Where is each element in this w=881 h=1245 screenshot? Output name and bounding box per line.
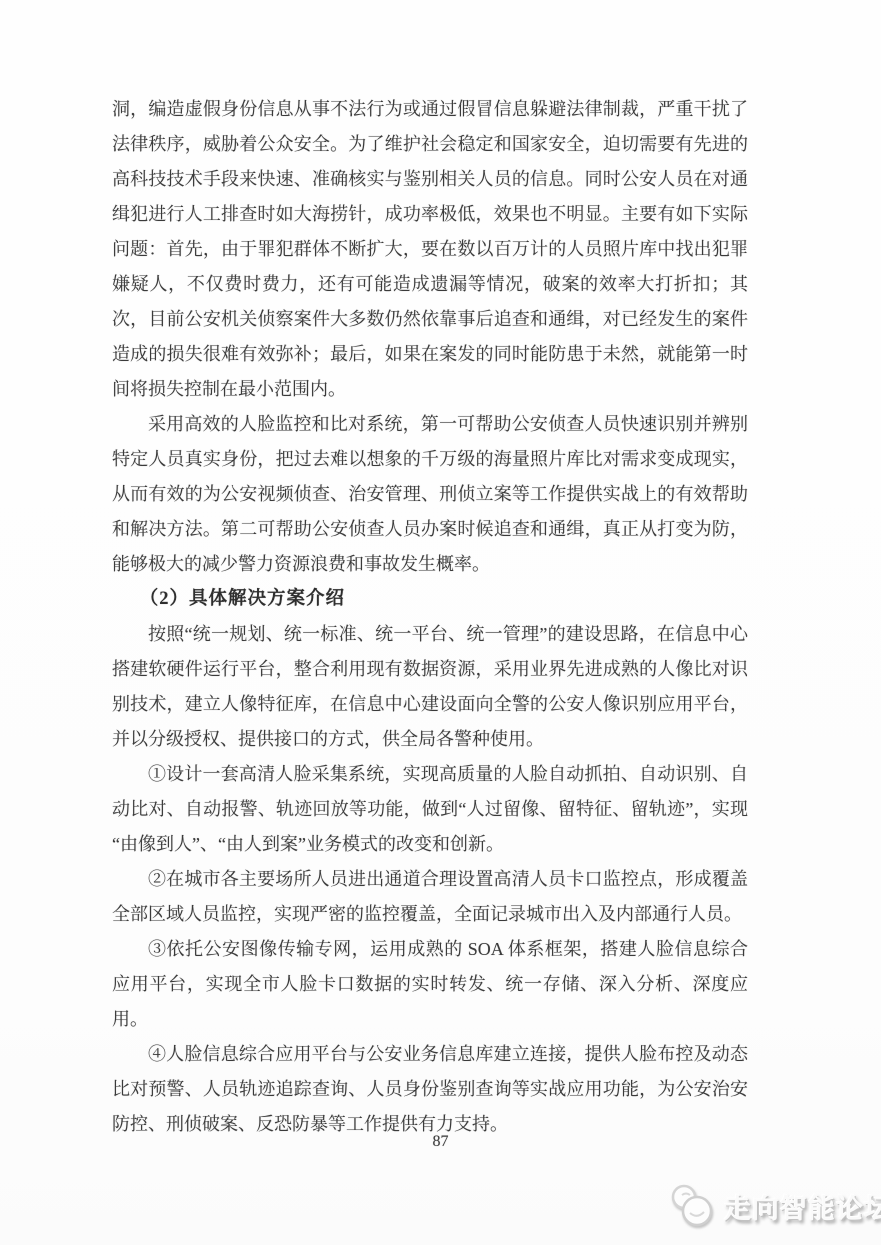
forum-logo-icon xyxy=(668,1182,718,1230)
watermark-text: 走向智能论坛 xyxy=(724,1187,881,1226)
numbered-item-2: ②在城市各主要场所人员进出通道合理设置高清人员卡口监控点，形成覆盖全部区域人员监… xyxy=(112,862,748,932)
paragraph-system-benefits: 采用高效的人脸监控和比对系统，第一可帮助公安侦查人员快速识别并辨别特定人员真实身… xyxy=(112,407,748,582)
page-number: 87 xyxy=(0,1133,881,1151)
numbered-item-4: ④人脸信息综合应用平台与公安业务信息库建立连接，提供人脸布控及动态比对预警、人员… xyxy=(112,1037,748,1142)
paragraph-continuation: 洞，编造虚假身份信息从事不法行为或通过假冒信息躲避法律制裁，严重干扰了法律秩序，… xyxy=(112,92,748,407)
document-page: 洞，编造虚假身份信息从事不法行为或通过假冒信息躲避法律制裁，严重干扰了法律秩序，… xyxy=(0,0,881,1245)
numbered-item-1: ①设计一套高清人脸采集系统，实现高质量的人脸自动抓拍、自动识别、自动比对、自动报… xyxy=(112,757,748,862)
section-heading-solution-intro: （2）具体解决方案介绍 xyxy=(112,582,748,617)
watermark: 走向智能论坛 xyxy=(668,1182,881,1230)
numbered-item-3: ③依托公安图像传输专网，运用成熟的 SOA 体系框架，搭建人脸信息综合应用平台，… xyxy=(112,932,748,1037)
paragraph-construction-approach: 按照“统一规划、统一标准、统一平台、统一管理”的建设思路，在信息中心搭建软硬件运… xyxy=(112,617,748,757)
document-body: 洞，编造虚假身份信息从事不法行为或通过假冒信息躲避法律制裁，严重干扰了法律秩序，… xyxy=(112,92,748,1142)
